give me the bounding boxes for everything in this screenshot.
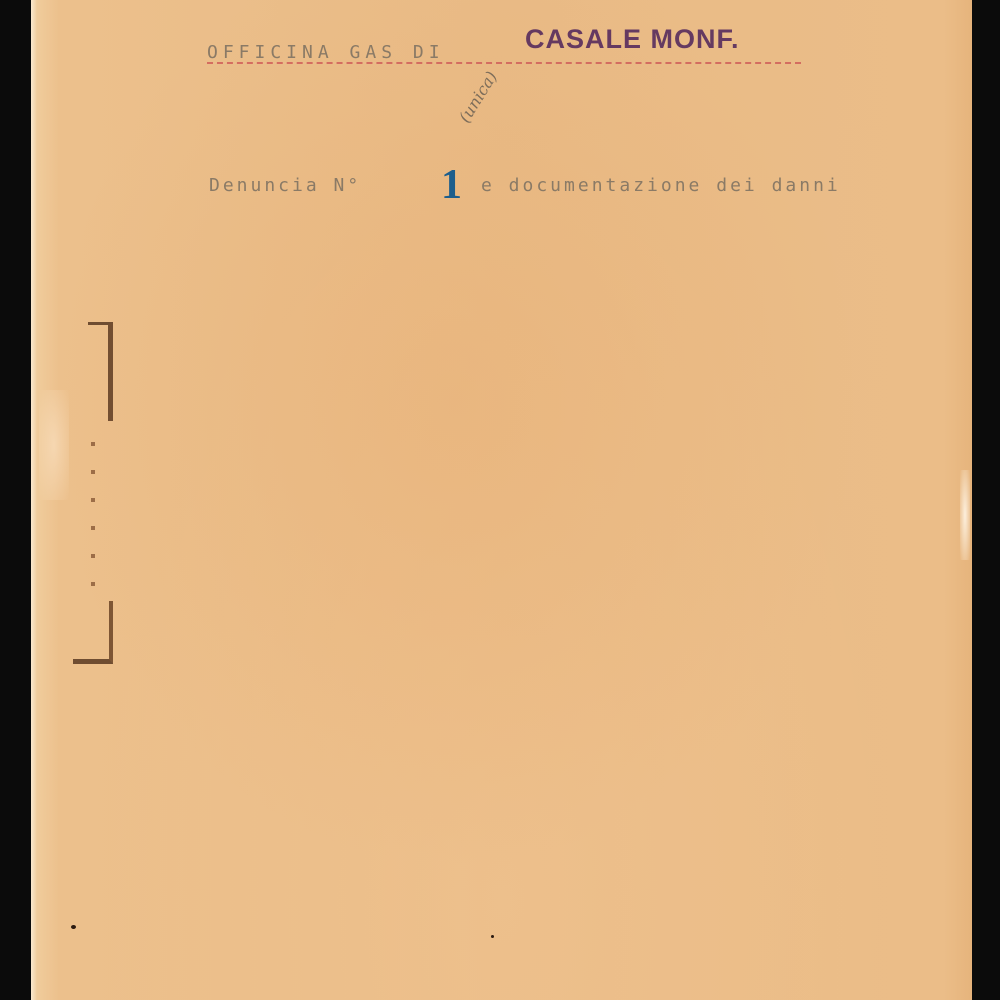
report-description: e documentazione dei danni	[481, 175, 841, 196]
rust-staple-top	[88, 322, 113, 421]
paper-glare-left	[39, 390, 69, 500]
office-label: OFFICINA GAS DI	[207, 42, 445, 63]
rust-binding-mark	[73, 322, 113, 664]
city-stamp: CASALE MONF.	[525, 24, 740, 55]
header-line: OFFICINA GAS DI CASALE MONF.	[207, 22, 801, 66]
rust-staple-bottom	[73, 601, 113, 664]
report-number: 1	[441, 161, 462, 209]
report-label: Denuncia N°	[209, 175, 361, 196]
ink-speck	[491, 935, 494, 938]
rust-stitch-marks	[91, 442, 95, 592]
handwritten-note: (unica)	[455, 68, 501, 126]
document-cover: OFFICINA GAS DI CASALE MONF. Denuncia N°…	[31, 0, 972, 1000]
ink-speck	[71, 925, 76, 929]
report-line: Denuncia N° 1 (unica) e documentazione d…	[209, 165, 909, 205]
paper-edge-highlight	[31, 0, 37, 1000]
paper-glare-right	[960, 470, 970, 560]
dashed-underline	[207, 62, 801, 64]
